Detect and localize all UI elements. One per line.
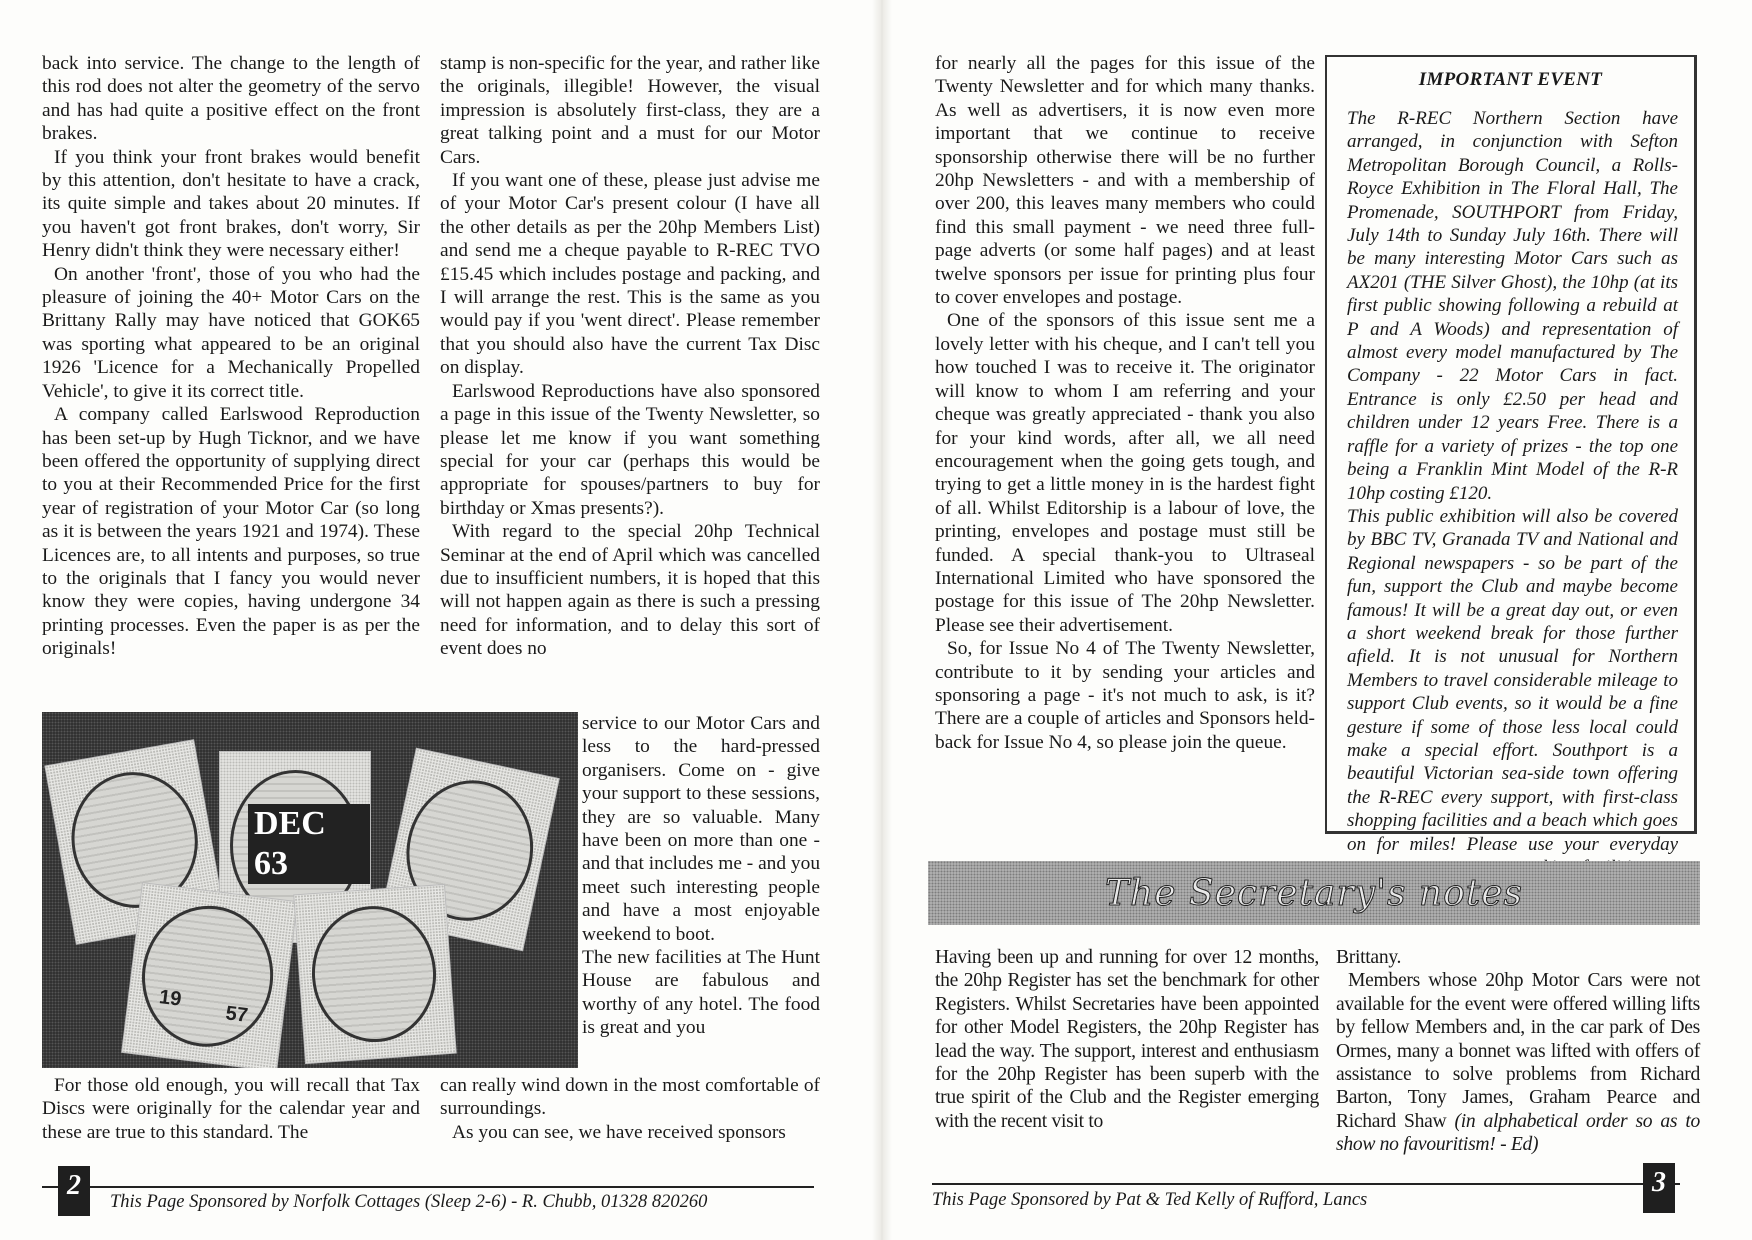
disc-year: 57 (224, 1002, 249, 1028)
disc-year: 19 (158, 986, 183, 1012)
page-gutter (872, 0, 892, 1240)
left-page-column-1-bottom: For those old enough, you will recall th… (42, 1074, 420, 1144)
tax-disc-card: 19 57 (122, 883, 297, 1068)
secretary-notes-column-2: Brittany. Members whose 20hp Motor Cars … (1336, 946, 1700, 1157)
paragraph: As you can see, we have received sponsor… (440, 1121, 820, 1144)
page-number-badge: 3 (1643, 1163, 1675, 1213)
paragraph: A company called Earlswood Reproduction … (42, 403, 420, 660)
tax-discs-photo: DEC 63 19 57 (42, 712, 578, 1068)
paragraph: So, for Issue No 4 of The Twenty Newslet… (935, 637, 1315, 754)
event-body: The R-REC Northern Section have arranged… (1347, 107, 1678, 903)
section-heading: The Secretary's notes (1105, 873, 1523, 914)
paragraph: The R-REC Northern Section have arranged… (1347, 107, 1678, 505)
paragraph: With regard to the special 20hp Technica… (440, 520, 820, 660)
paragraph: back into service. The change to the len… (42, 52, 420, 146)
paragraph: One of the sponsors of this issue sent m… (935, 309, 1315, 637)
paragraph: This public exhibition will also be cove… (1347, 505, 1678, 903)
tax-disc-icon (307, 902, 440, 1046)
paragraph: Earlswood Reproductions have also sponso… (440, 380, 820, 520)
left-page-column-1: back into service. The change to the len… (42, 52, 420, 661)
event-title: IMPORTANT EVENT (1327, 69, 1694, 91)
tax-disc-icon (134, 898, 281, 1054)
paragraph: Members whose 20hp Motor Cars were not a… (1336, 969, 1700, 1156)
tax-disc-card (294, 885, 455, 1063)
footer-rule (42, 1186, 814, 1188)
right-page-column-1: for nearly all the pages for this issue … (935, 52, 1315, 754)
paragraph: Having been up and running for over 12 m… (935, 946, 1319, 1133)
paragraph: stamp is non-specific for the year, and … (440, 52, 820, 169)
paragraph: On another 'front', those of you who had… (42, 263, 420, 403)
important-event-box: IMPORTANT EVENT The R-REC Northern Secti… (1325, 55, 1697, 834)
footer-rule (932, 1183, 1680, 1185)
left-page-column-2-bottom: can really wind down in the most comfort… (440, 1074, 820, 1144)
page-number-badge: 2 (58, 1166, 90, 1216)
paragraph: The new facilities at The Hunt House are… (582, 946, 820, 1040)
secretary-notes-column-1: Having been up and running for over 12 m… (935, 946, 1319, 1133)
paragraph: can really wind down in the most comfort… (440, 1074, 820, 1121)
secretary-notes-banner: The Secretary's notes (928, 861, 1700, 925)
paragraph: If you think your front brakes would ben… (42, 146, 420, 263)
paragraph: Brittany. (1336, 946, 1700, 969)
paragraph: service to our Motor Cars and less to th… (582, 712, 820, 946)
paragraph-text: Members whose 20hp Motor Cars were not a… (1336, 970, 1700, 1131)
paragraph: for nearly all the pages for this issue … (935, 52, 1315, 309)
footer-sponsor-text: This Page Sponsored by Pat & Ted Kelly o… (932, 1190, 1367, 1211)
left-page-column-2-wrap: service to our Motor Cars and less to th… (582, 712, 820, 1040)
paragraph: For those old enough, you will recall th… (42, 1074, 420, 1144)
footer-sponsor-text: This Page Sponsored by Norfolk Cottages … (110, 1192, 707, 1213)
disc-label: DEC 63 (248, 804, 370, 884)
left-page-column-2: stamp is non-specific for the year, and … (440, 52, 820, 661)
paragraph: If you want one of these, please just ad… (440, 169, 820, 380)
